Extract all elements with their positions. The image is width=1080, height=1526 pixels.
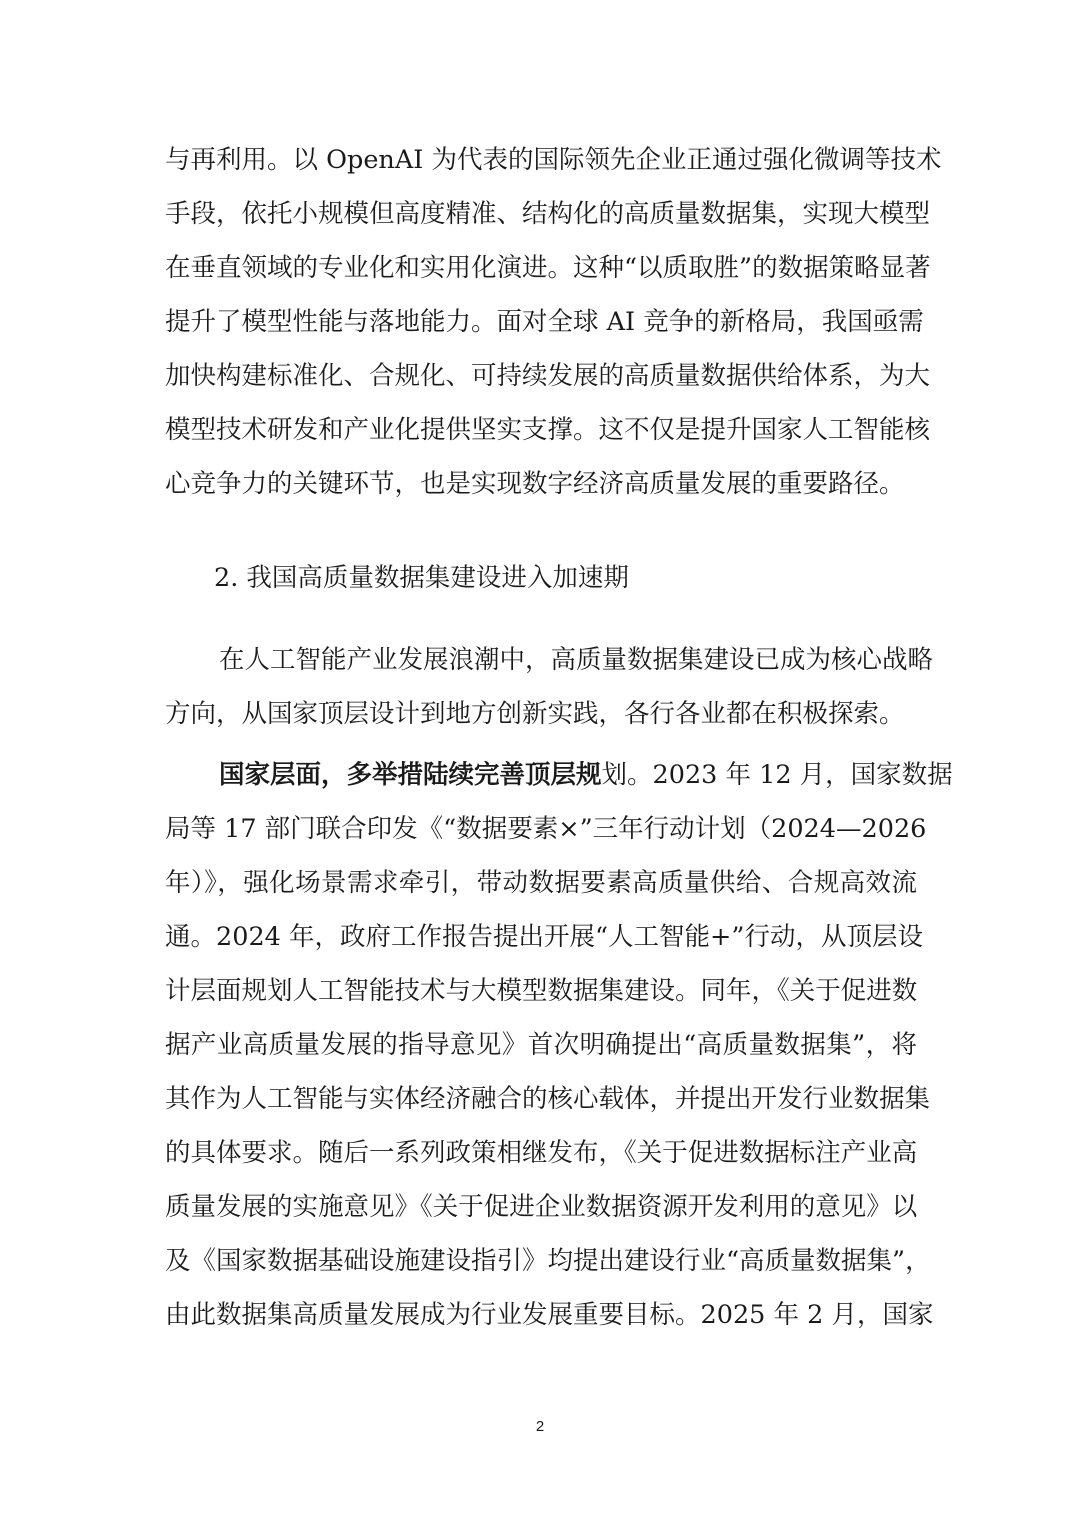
paragraph-3-line-4: 通。2024 年，政府工作报告提出开展“人工智能+”行动，从顶层设 xyxy=(165,917,917,957)
paragraph-1-line-4: 提升了模型性能与落地能力。面对全球 AI 竞争的新格局，我国亟需 xyxy=(165,302,917,342)
paragraph-3-line-2: 局等 17 部门联合印发《“数据要素×”三年行动计划（2024—2026 xyxy=(165,809,917,849)
paragraph-3-line-1: 国家层面，多举措陆续完善顶层规划。2023 年 12 月，国家数据 xyxy=(219,755,917,795)
page-number: 2 xyxy=(530,1417,550,1437)
paragraph-3-line-7: 其作为人工智能与实体经济融合的核心载体，并提出开发行业数据集 xyxy=(165,1079,917,1119)
paragraph-3-line-11: 由此数据集高质量发展成为行业发展重要目标。2025 年 2 月，国家 xyxy=(165,1295,917,1335)
paragraph-3-line-3: 年）》，强化场景需求牵引，带动数据要素高质量供给、合规高效流 xyxy=(165,863,917,903)
paragraph-3-line-9: 质量发展的实施意见》《关于促进企业数据资源开发利用的意见》以 xyxy=(165,1187,917,1227)
paragraph-1-line-3: 在垂直领域的专业化和实用化演进。这种“以质取胜”的数据策略显著 xyxy=(165,248,917,288)
paragraph-2-line-1: 在人工智能产业发展浪潮中，高质量数据集建设已成为核心战略 xyxy=(219,640,917,680)
document-page: 与再利用。以 OpenAI 为代表的国际领先企业正通过强化微调等技术 手段，依托… xyxy=(0,0,1080,1526)
paragraph-2-line-2: 方向，从国家顶层设计到地方创新实践，各行各业都在积极探索。 xyxy=(165,694,917,734)
paragraph-1-line-1: 与再利用。以 OpenAI 为代表的国际领先企业正通过强化微调等技术 xyxy=(165,140,917,180)
paragraph-3-line-8: 的具体要求。随后一系列政策相继发布，《关于促进数据标注产业高 xyxy=(165,1133,917,1173)
paragraph-1-line-5: 加快构建标准化、合规化、可持续发展的高质量数据供给体系，为大 xyxy=(165,356,917,396)
paragraph-1-line-6: 模型技术研发和产业化提供坚实支撑。这不仅是提升国家人工智能核 xyxy=(165,410,917,450)
paragraph-3-line-6: 据产业高质量发展的指导意见》首次明确提出“高质量数据集”，将 xyxy=(165,1025,917,1065)
section-heading: 2. 我国高质量数据集建设进入加速期 xyxy=(214,558,629,598)
paragraph-1-line-2: 手段，依托小规模但高度精准、结构化的高质量数据集，实现大模型 xyxy=(165,194,917,234)
paragraph-1-line-7: 心竞争力的关键环节，也是实现数字经济高质量发展的重要路径。 xyxy=(165,464,917,504)
paragraph-3-line-5: 计层面规划人工智能技术与大模型数据集建设。同年，《关于促进数 xyxy=(165,971,917,1011)
paragraph-3-line-10: 及《国家数据基础设施建设指引》均提出建设行业“高质量数据集”， xyxy=(165,1241,917,1281)
paragraph-3-bold-lead: 国家层面，多举措陆续完善顶层规 xyxy=(219,755,602,795)
paragraph-3-line-1-rest: 划。2023 年 12 月，国家数据 xyxy=(602,755,953,795)
